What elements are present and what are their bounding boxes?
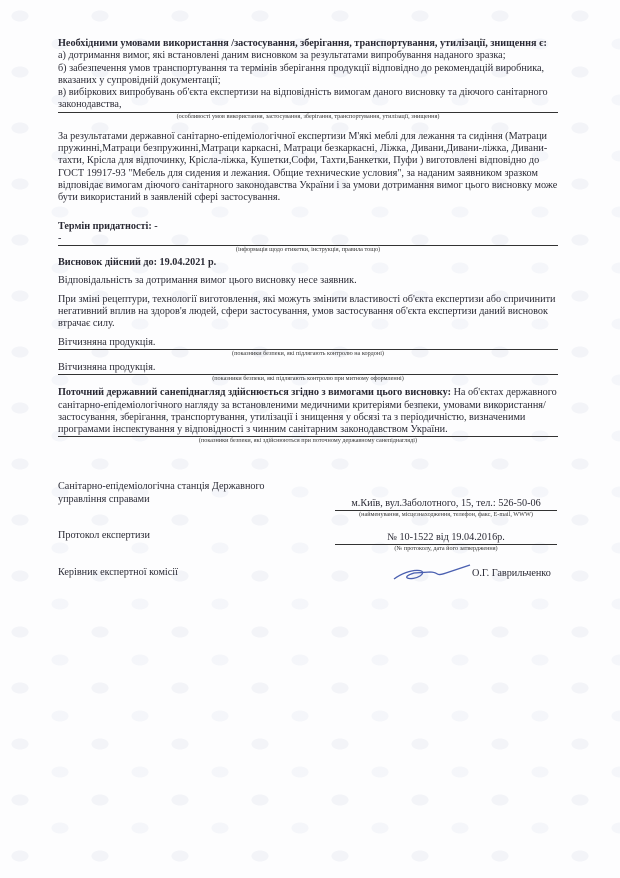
protocol-value: № 10-1522 від 19.04.2016р. (335, 531, 557, 545)
shelf-life-value: - (58, 233, 558, 246)
responsibility-note: Відповідальність за дотримання вимог цьо… (58, 275, 558, 287)
conditions-caption: (особливості умов використання, застосув… (58, 113, 558, 121)
condition-item-c: в) вибіркових випробувань об'єкта експер… (58, 87, 558, 113)
customs-control-caption: (показники безпеки, які підлягають контр… (58, 375, 558, 383)
conditions-heading: Необхідними умовами використання /застос… (58, 38, 558, 50)
head-name: О.Г. Гаврильченко (472, 568, 551, 579)
supervision-caption: (показники безпеки, які здійснюються при… (58, 437, 558, 445)
organization-name: Санітарно-епідеміологічна станція Держав… (58, 480, 265, 506)
result-paragraph: За результатами державної санітарно-епід… (58, 131, 558, 205)
shelf-life-label: Термін придатності: - (58, 221, 558, 233)
border-control-value: Вітчизняна продукція. (58, 337, 558, 350)
supervision-label: Поточний державний санепіднагляд здійсню… (58, 387, 451, 398)
shelf-life-caption: (інформація щодо етикетки, інструкція, п… (58, 246, 558, 254)
protocol-label: Протокол експертизи (58, 530, 150, 541)
valid-until: Висновок дійсний до: 19.04.2021 р. (58, 257, 558, 269)
document-page: Необхідними умовами використання /застос… (58, 38, 558, 445)
border-control-caption: (показники безпеки, які підлягають контр… (58, 350, 558, 358)
organization-address: м.Київ, вул.Заболотного, 15, тел.: 526-5… (335, 497, 557, 511)
customs-control-value: Вітчизняна продукція. (58, 362, 558, 375)
organization-caption: (найменування, місцезнаходження, телефон… (335, 511, 557, 519)
condition-item-b: б) забезпечення умов транспортування та … (58, 63, 558, 88)
signature-icon (390, 563, 480, 583)
supervision-paragraph: Поточний державний санепіднагляд здійсню… (58, 387, 558, 437)
organization-name-line1: Санітарно-епідеміологічна станція Держав… (58, 480, 265, 493)
condition-item-a: а) дотримання вимог, які встановлені дан… (58, 50, 558, 62)
head-label: Керівник експертної комісії (58, 567, 178, 578)
change-note: При зміні рецептури, технології виготовл… (58, 294, 558, 331)
protocol-caption: (№ протоколу, дата його затвердження) (335, 545, 557, 553)
organization-name-line2: управління справами (58, 493, 265, 506)
